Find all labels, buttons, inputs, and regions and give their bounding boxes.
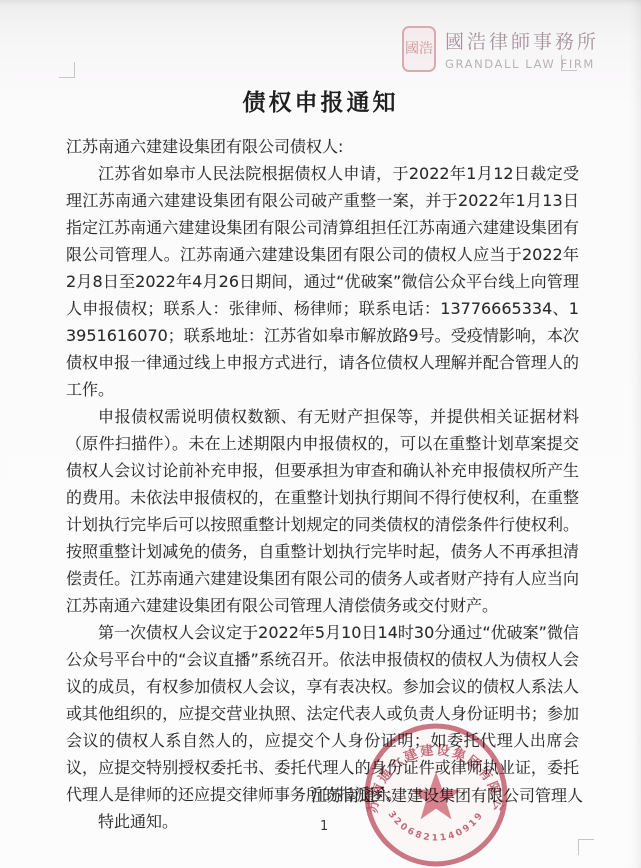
document-body: 江苏南通六建建设集团有限公司债权人: 江苏省如皋市人民法院根据债权人申请，于20…: [66, 133, 579, 835]
corner-mark-top-right: [561, 55, 577, 71]
corner-mark-bottom-right: [578, 839, 594, 855]
firm-name-cn: 國浩律師事務所: [445, 27, 599, 54]
document-page: 國浩 國浩律師事務所 GRANDALL LAW FIRM 债权申报通知 江苏南通…: [0, 0, 641, 868]
paragraph-court-ruling: 江苏省如皋市人民法院根据债权人申请，于2022年1月12日裁定受理江苏南通六建建…: [66, 160, 579, 403]
document-title: 债权申报通知: [0, 84, 641, 117]
paragraph-creditors-meeting: 第一次债权人会议定于2022年5月10日14时30分通过“优破案”微信公众号平台…: [66, 619, 579, 808]
paragraph-claim-requirements: 申报债权需说明债权数额、有无财产担保等，并提供相关证据材料（原件扫描件）。未在上…: [66, 403, 579, 619]
signature-administrator: 江苏南通六建建设集团有限公司管理人: [311, 783, 583, 806]
page-number: 1: [320, 819, 328, 834]
salutation-line: 江苏南通六建建设集团有限公司债权人:: [66, 133, 579, 160]
grandall-seal-icon: 國浩: [402, 26, 436, 72]
corner-mark-top-left: [59, 62, 75, 78]
